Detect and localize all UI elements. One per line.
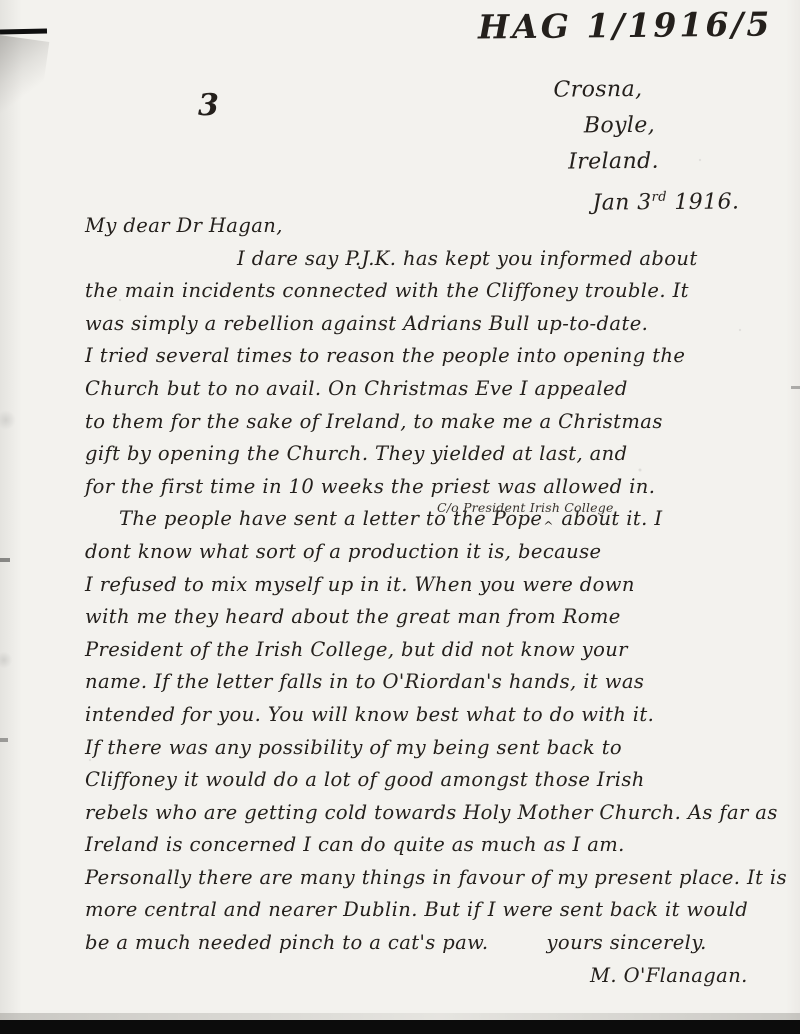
date-ordinal: rd xyxy=(651,190,666,205)
letter-line: Church but to no avail. On Christmas Eve… xyxy=(85,373,775,406)
scan-artifact-left-dash xyxy=(0,738,8,742)
archive-reference: HAG 1/1916/5 xyxy=(478,4,773,46)
address-line: Boyle, xyxy=(480,107,780,146)
signature: M. O'Flanagan. xyxy=(85,960,775,993)
letter-line: President of the Irish College, but did … xyxy=(85,634,775,667)
closing: yours sincerely. xyxy=(547,931,707,954)
letter-line: If there was any possibility of my being… xyxy=(85,732,775,765)
letter-line: was simply a rebellion against Adrians B… xyxy=(85,308,775,341)
scan-artifact-top-left-smudge xyxy=(0,35,49,121)
closing-line: be a much needed pinch to a cat's paw.yo… xyxy=(85,927,775,960)
letter-line: Personally there are many things in favo… xyxy=(85,862,775,895)
letter-line: more central and nearer Dublin. But if I… xyxy=(85,894,775,927)
letter-line: dont know what sort of a production it i… xyxy=(85,536,775,569)
letter-line-with-insertion: C/o President Irish College The people h… xyxy=(85,503,775,536)
address-line: Ireland. xyxy=(480,143,780,182)
letter-line: I tried several times to reason the peop… xyxy=(85,340,775,373)
letter-line: gift by opening the Church. They yielded… xyxy=(85,438,775,471)
letter-line: Ireland is concerned I can do quite as m… xyxy=(85,829,775,862)
letter-line: to them for the sake of Ireland, to make… xyxy=(85,406,775,439)
scan-artifact-left-dash xyxy=(0,558,10,562)
letter-line: the main incidents connected with the Cl… xyxy=(85,275,775,308)
letter-line: Cliffoney it would do a lot of good amon… xyxy=(85,764,775,797)
interlinear-insertion: C/o President Irish College xyxy=(437,492,614,525)
scan-artifact-top-left-line xyxy=(0,29,47,35)
salutation: My dear Dr Hagan, xyxy=(85,210,775,243)
scan-artifact-bottom-shadow xyxy=(0,1013,800,1020)
letter-line: rebels who are getting cold towards Holy… xyxy=(85,797,775,830)
address-block: Crosna, Boyle, Ireland. Jan 3rd 1916. xyxy=(479,71,780,223)
letter-scan-page: HAG 1/1916/5 3 Crosna, Boyle, Ireland. J… xyxy=(0,0,800,1034)
letter-line: I refused to mix myself up in it. When y… xyxy=(85,569,775,602)
address-line: Crosna, xyxy=(479,71,779,110)
letter-line: intended for you. You will know best wha… xyxy=(85,699,775,732)
letter-line: name. If the letter falls in to O'Riorda… xyxy=(85,666,775,699)
letter-body: My dear Dr Hagan, I dare say P.J.K. has … xyxy=(85,210,775,992)
scan-artifact-right-dash xyxy=(791,386,800,389)
letter-line: for the first time in 10 weeks the pries… xyxy=(85,471,775,504)
page-number: 3 xyxy=(198,88,219,123)
scan-artifact-bottom-black-bar xyxy=(0,1020,800,1034)
letter-line: with me they heard about the great man f… xyxy=(85,601,775,634)
letter-line: I dare say P.J.K. has kept you informed … xyxy=(85,243,775,276)
letter-line-text: be a much needed pinch to a cat's paw. xyxy=(85,931,489,954)
